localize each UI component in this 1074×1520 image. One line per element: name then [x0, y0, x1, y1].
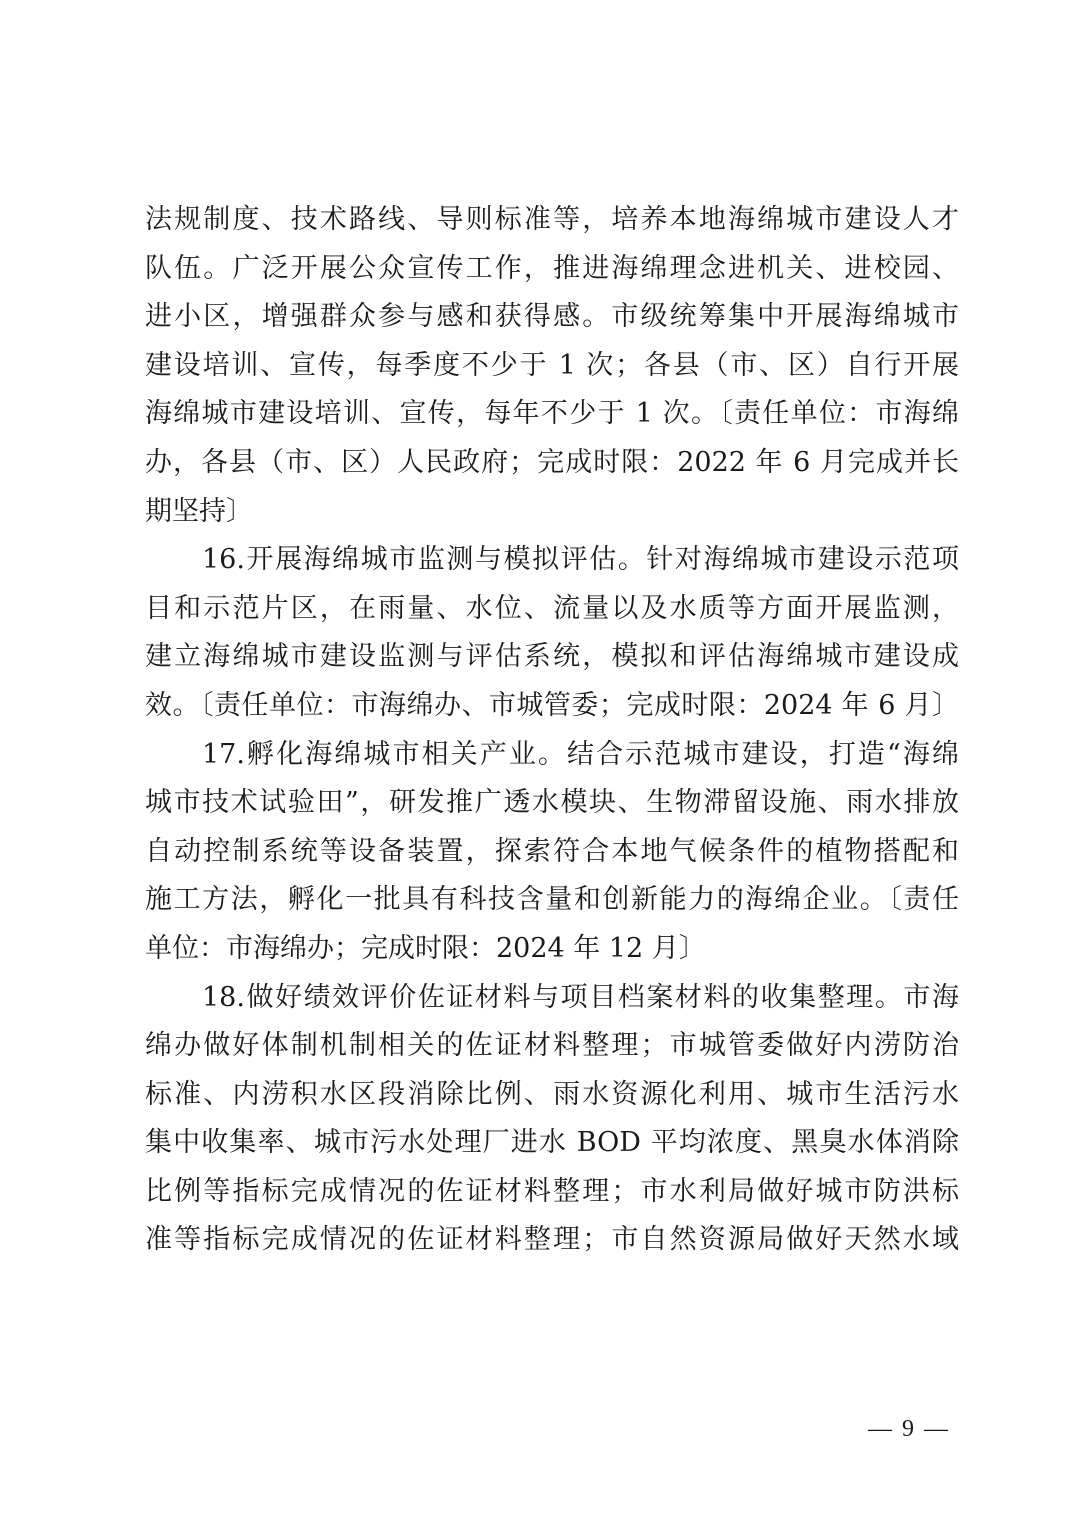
- text-line: 准等指标完成情况的佐证材料整理；市自然资源局做好天然水域: [145, 1216, 959, 1265]
- text-line: 城市技术试验田”，研发推广透水模块、生物滞留设施、雨水排放: [145, 779, 959, 828]
- text-line: 16.开展海绵城市监测与模拟评估。针对海绵城市建设示范项: [145, 536, 959, 585]
- text-line: 建设培训、宣传，每季度不少于 1 次；各县（市、区）自行开展: [145, 342, 959, 391]
- text-line: 效。〔责任单位：市海绵办、市城管委；完成时限：2024 年 6 月〕: [145, 682, 959, 731]
- text-line: 海绵城市建设培训、宣传，每年不少于 1 次。〔责任单位：市海绵: [145, 390, 959, 439]
- text-line: 队伍。广泛开展公众宣传工作，推进海绵理念进机关、进校园、: [145, 245, 959, 294]
- text-line: 自动控制系统等设备装置，探索符合本地气候条件的植物搭配和: [145, 828, 959, 877]
- text-line: 期坚持〕: [145, 488, 959, 537]
- text-line: 17.孵化海绵城市相关产业。结合示范城市建设，打造“海绵: [145, 731, 959, 780]
- text-line: 目和示范片区，在雨量、水位、流量以及水质等方面开展监测，: [145, 585, 959, 634]
- paragraph-16: 16.开展海绵城市监测与模拟评估。针对海绵城市建设示范项 目和示范片区，在雨量、…: [145, 536, 959, 730]
- text-line: 法规制度、技术路线、导则标准等，培养本地海绵城市建设人才: [145, 196, 959, 245]
- text-line: 办，各县（市、区）人民政府；完成时限：2022 年 6 月完成并长: [145, 439, 959, 488]
- paragraph-18: 18.做好绩效评价佐证材料与项目档案材料的收集整理。市海 绵办做好体制机制相关的…: [145, 974, 959, 1266]
- text-line: 进小区，增强群众参与感和获得感。市级统筹集中开展海绵城市: [145, 293, 959, 342]
- text-line: 单位：市海绵办；完成时限：2024 年 12 月〕: [145, 925, 959, 974]
- document-page: 法规制度、技术路线、导则标准等，培养本地海绵城市建设人才 队伍。广泛开展公众宣传…: [145, 196, 959, 1265]
- text-line: 标准、内涝积水区段消除比例、雨水资源化利用、城市生活污水: [145, 1071, 959, 1120]
- paragraph-17: 17.孵化海绵城市相关产业。结合示范城市建设，打造“海绵 城市技术试验田”，研发…: [145, 731, 959, 974]
- text-line: 集中收集率、城市污水处理厂进水 BOD 平均浓度、黑臭水体消除: [145, 1119, 959, 1168]
- paragraph-15-continuation: 法规制度、技术路线、导则标准等，培养本地海绵城市建设人才 队伍。广泛开展公众宣传…: [145, 196, 959, 536]
- text-line: 建立海绵城市建设监测与评估系统，模拟和评估海绵城市建设成: [145, 633, 959, 682]
- text-line: 绵办做好体制机制相关的佐证材料整理；市城管委做好内涝防治: [145, 1022, 959, 1071]
- page-number: — 9 —: [868, 1416, 950, 1443]
- text-line: 比例等指标完成情况的佐证材料整理；市水利局做好城市防洪标: [145, 1168, 959, 1217]
- text-line: 施工方法，孵化一批具有科技含量和创新能力的海绵企业。〔责任: [145, 876, 959, 925]
- text-line: 18.做好绩效评价佐证材料与项目档案材料的收集整理。市海: [145, 974, 959, 1023]
